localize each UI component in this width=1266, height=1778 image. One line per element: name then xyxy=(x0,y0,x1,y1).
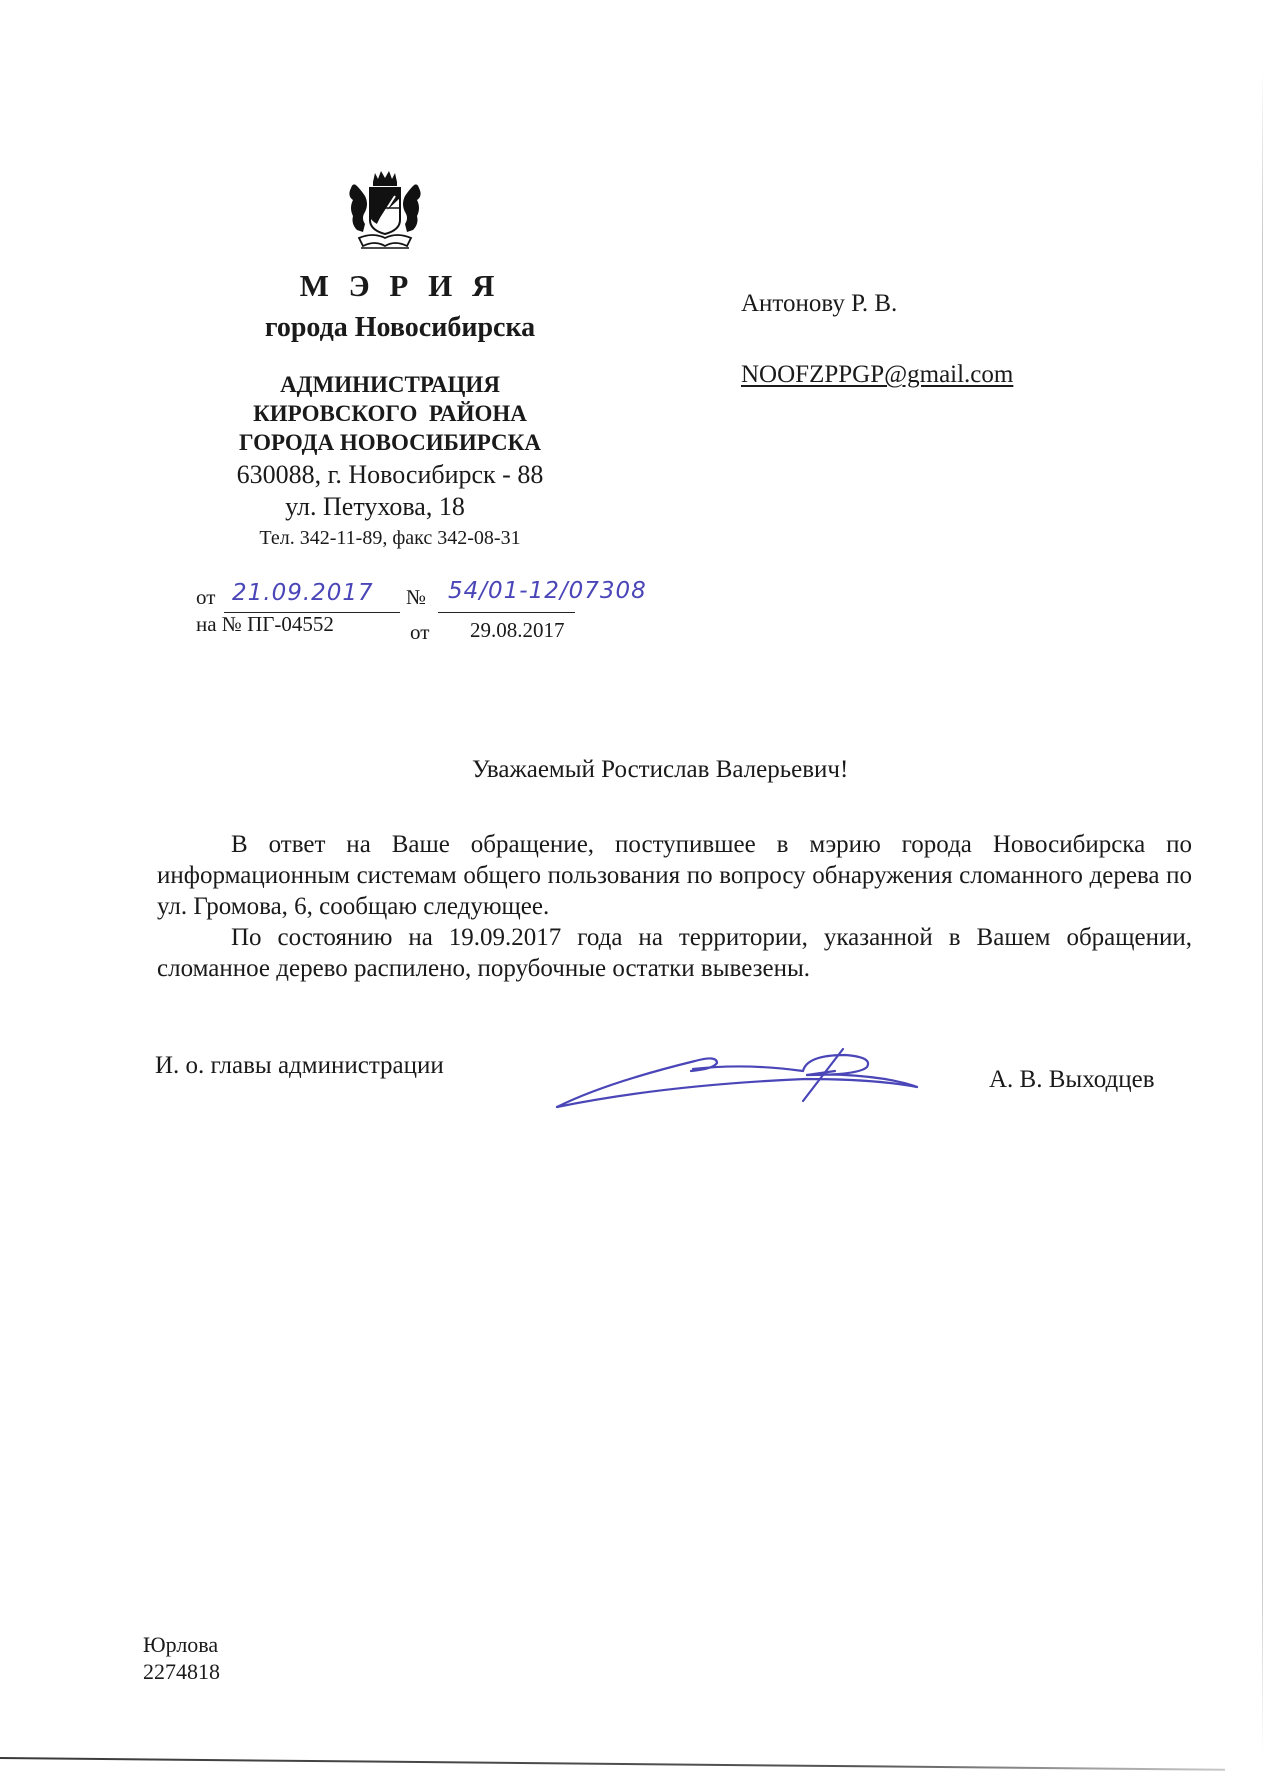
signatory-name: А. В. Выходцев xyxy=(989,1066,1155,1094)
executor-name: Юрлова xyxy=(143,1631,220,1658)
address-line-2: ул. Петухова, 18 xyxy=(180,491,600,523)
org-title: М Э Р И Я xyxy=(180,268,620,304)
letter-body: В ответ на Ваше обращение, поступившее в… xyxy=(157,829,1192,984)
outgoing-date-handwritten: 21.09.2017 xyxy=(232,580,374,606)
department-line-3: ГОРОДА НОВОСИБИРСКА xyxy=(180,428,600,457)
addressee-name: Антонову Р. В. xyxy=(741,290,897,318)
outgoing-number-handwritten: 54/01-12/07308 xyxy=(448,578,647,604)
reply-date-prefix: от xyxy=(410,620,429,645)
letter-page: М Э Р И Я города Новосибирска АДМИНИСТРА… xyxy=(0,0,1266,1778)
executor-block: Юрлова 2274818 xyxy=(143,1631,220,1685)
body-paragraph-2: По состоянию на 19.09.2017 года на терри… xyxy=(157,922,1192,984)
novosibirsk-coat-of-arms-icon xyxy=(343,168,427,254)
executor-phone: 2274818 xyxy=(143,1658,220,1685)
signatory-role: И. о. главы администрации xyxy=(155,1052,444,1080)
department-line-2: КИРОВСКОГО РАЙОНА xyxy=(180,399,600,428)
scan-edge-right xyxy=(1262,65,1263,1755)
reply-date-value: 29.08.2017 xyxy=(470,618,565,643)
handwritten-signature-icon xyxy=(545,1035,925,1115)
body-paragraph-1: В ответ на Ваше обращение, поступившее в… xyxy=(157,829,1192,922)
org-city: города Новосибирска xyxy=(180,312,620,344)
number-prefix: № xyxy=(406,585,426,610)
addressee-email: NOOFZPPGP@gmail.com xyxy=(741,361,1013,389)
salutation: Уважаемый Ростислав Валерьевич! xyxy=(472,756,848,784)
department-line-1: АДМИНИСТРАЦИЯ xyxy=(180,370,600,399)
department-block: АДМИНИСТРАЦИЯ КИРОВСКОГО РАЙОНА ГОРОДА Н… xyxy=(180,370,600,553)
address-line-1: 630088, г. Новосибирск - 88 xyxy=(180,459,600,491)
scan-edge-bottom xyxy=(0,1757,1225,1771)
date-prefix: от xyxy=(196,585,215,610)
reply-to-number: на № ПГ-04552 xyxy=(196,612,334,637)
phone-fax: Тел. 342-11-89, факс 342-08-31 xyxy=(180,523,600,553)
